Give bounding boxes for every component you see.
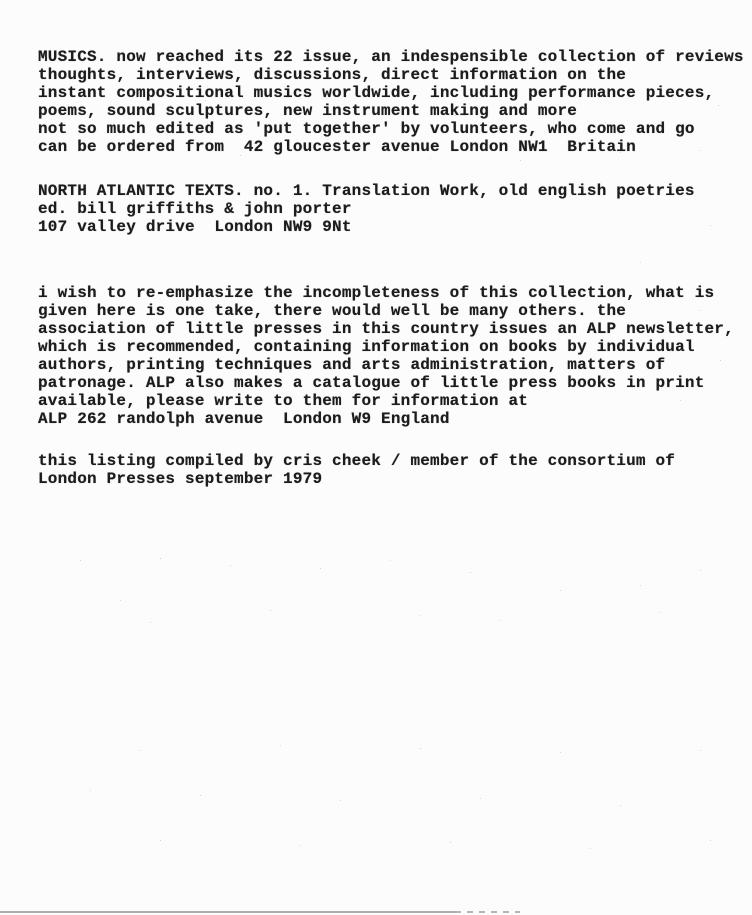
paragraph-north-atlantic-texts: NORTH ATLANTIC TEXTS. no. 1. Translation… — [38, 182, 695, 236]
bottom-scan-line-tail — [455, 911, 520, 913]
scan-noise-speckles — [0, 0, 1, 1]
bottom-scan-line — [0, 911, 455, 913]
scanned-document-page: MUSICS. now reached its 22 issue, an ind… — [0, 0, 752, 915]
paragraph-musics: MUSICS. now reached its 22 issue, an ind… — [38, 48, 744, 156]
paragraph-colophon: this listing compiled by cris cheek / me… — [38, 452, 675, 488]
paragraph-alp-note: i wish to re-emphasize the incompletenes… — [38, 284, 734, 428]
